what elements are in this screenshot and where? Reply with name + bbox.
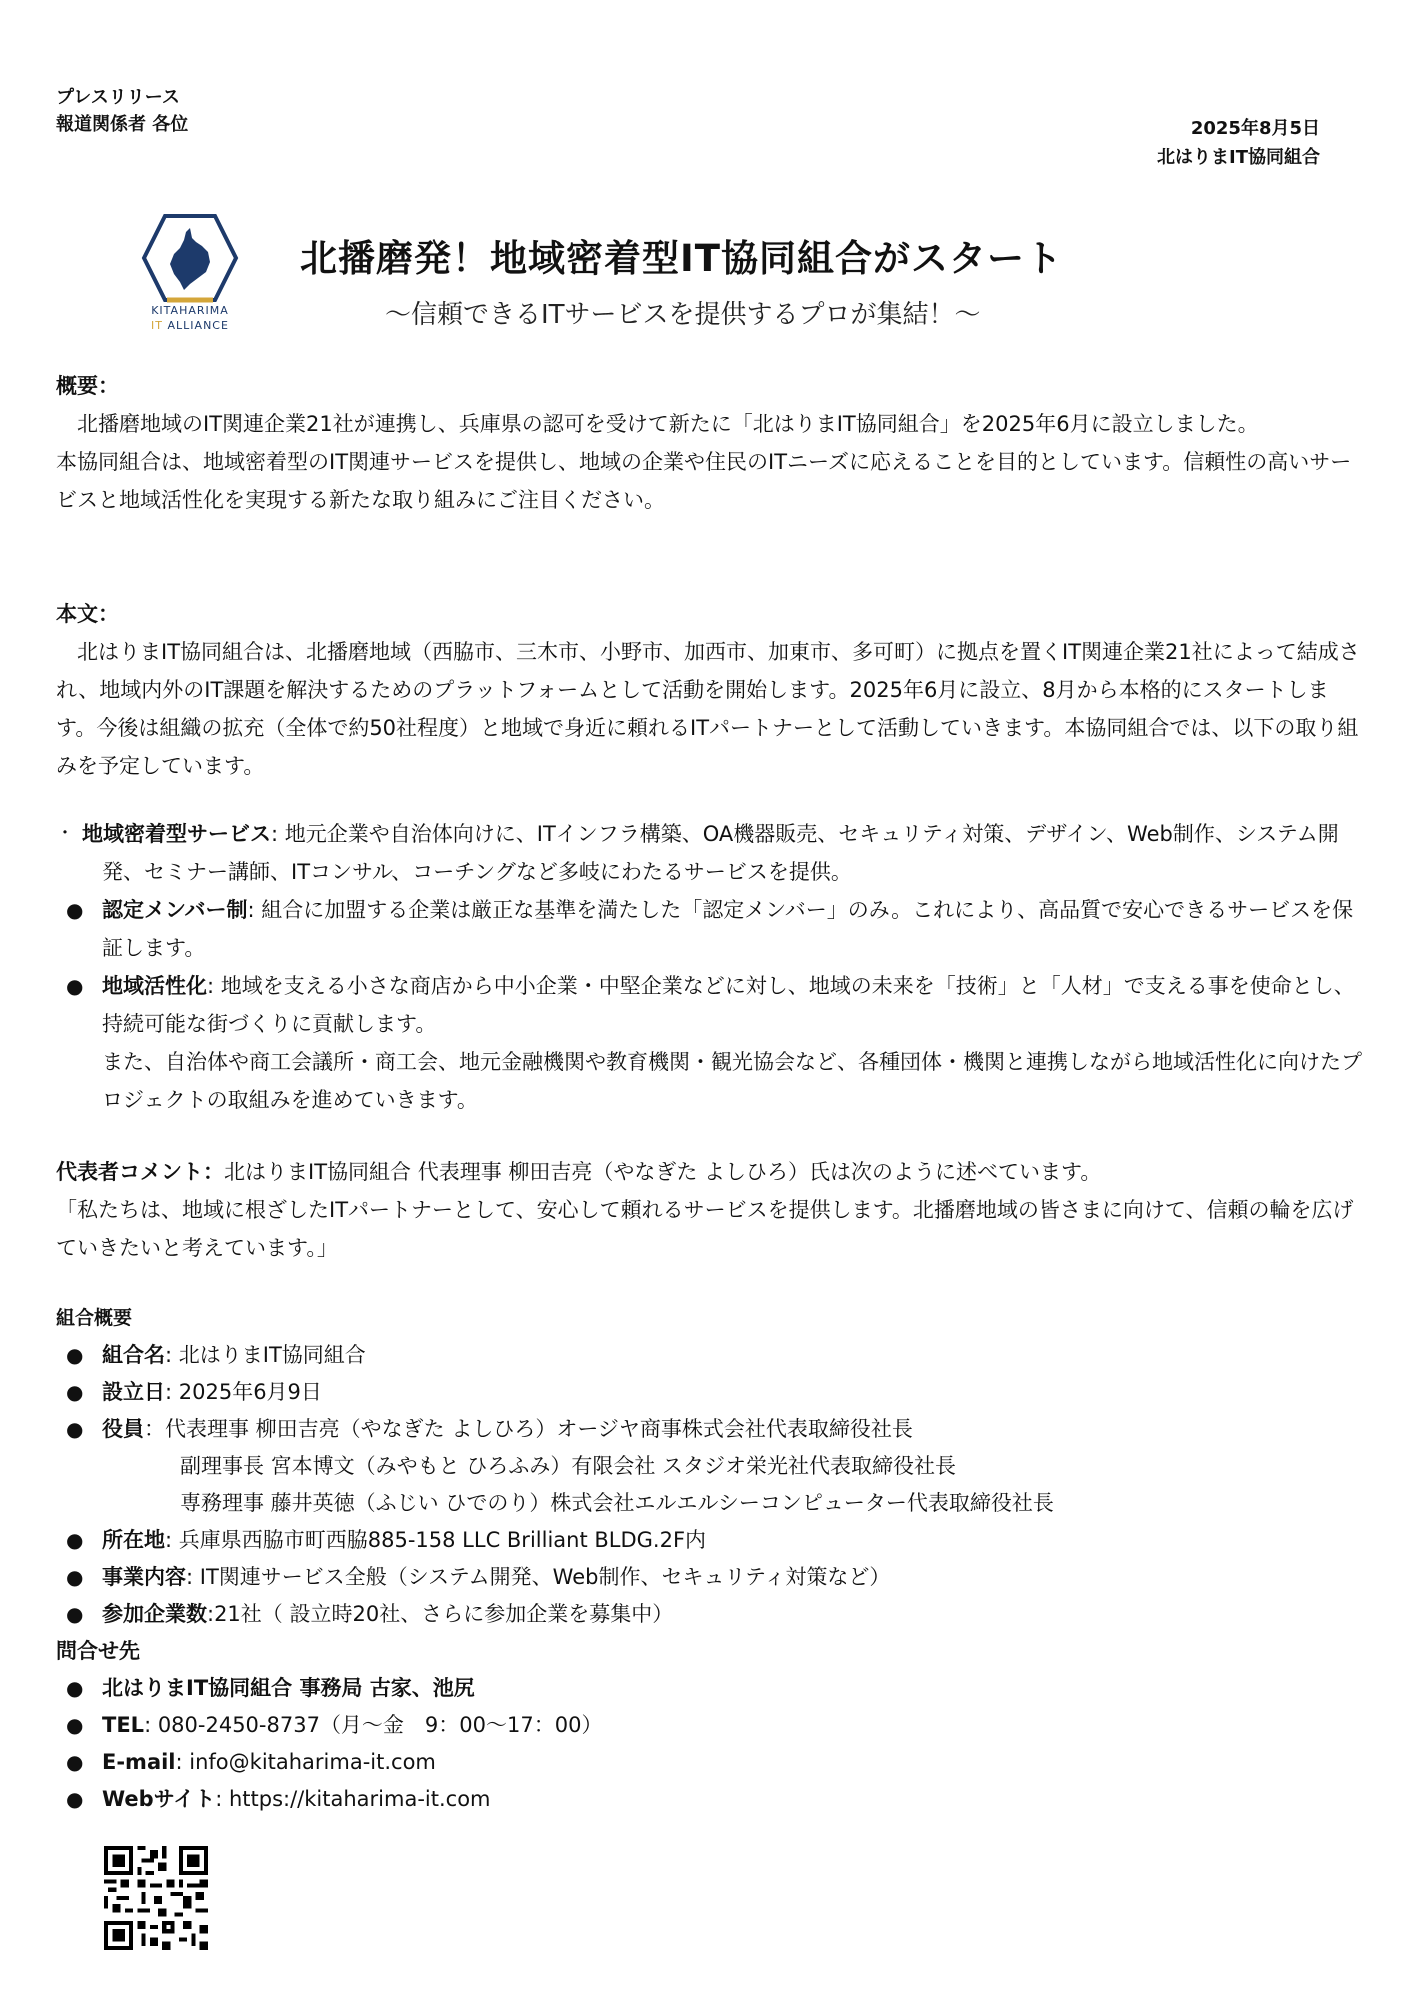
initiatives-list: ・ 地域密着型サービス: 地元企業や自治体向けに、ITインフラ構築、OA機器販売…: [56, 815, 1366, 1119]
bullet-icon: ●: [66, 1596, 83, 1633]
bullet-icon: ●: [66, 1781, 83, 1818]
email-link[interactable]: : info@kitaharima-it.com: [176, 1750, 436, 1774]
list-item-continuation: また、自治体や商工会議所・商工会、地元金融機関や教育機関・観光協会など、各種団体…: [102, 1043, 1366, 1119]
bullet-icon: ●: [66, 1411, 83, 1448]
profile-heading: 組合概要: [56, 1300, 1366, 1337]
list-item: ●Webサイト: https://kitaharima-it.com: [56, 1781, 1366, 1818]
profile-section: 組合概要 ●組合名: 北はりまIT協同組合 ●設立日: 2025年6月9日 ●役…: [56, 1300, 1366, 1818]
list-item: ●事業内容: IT関連サービス全般（システム開発、Web制作、セキュリティ対策な…: [56, 1559, 1366, 1596]
list-item: ●役員：代表理事 柳田吉亮（やなぎた よしひろ）オージヤ商事株式会社代表取締役社…: [56, 1411, 1366, 1522]
bullet-icon: ●: [66, 1744, 83, 1781]
main-section: 本文： 北はりまIT協同組合は、北播磨地域（西脇市、三木市、小野市、加西市、加東…: [56, 595, 1366, 785]
recipients: 報道関係者 各位: [56, 111, 188, 138]
qr-code-icon: [104, 1846, 208, 1950]
list-item: ●参加企業数:21社（ 設立時20社、さらに参加企業を募集中）: [56, 1596, 1366, 1633]
overview-para-1: 北播磨地域のIT関連企業21社が連携し、兵庫県の認可を受けて新たに「北はりまIT…: [56, 405, 1366, 443]
bullet-icon: ●: [66, 1559, 83, 1596]
bullet-icon: ●: [66, 1670, 83, 1707]
header-left: プレスリリース 報道関係者 各位: [56, 84, 188, 138]
page-subtitle: ～信頼できるITサービスを提供するプロが集結！～: [385, 294, 981, 331]
main-heading: 本文：: [56, 595, 1366, 633]
bullet-icon: ・: [56, 815, 74, 853]
comment-heading: 代表者コメント：: [56, 1160, 224, 1184]
comment-intro: 北はりまIT協同組合 代表理事 柳田吉亮（やなぎた よしひろ）氏は次のように述べ…: [224, 1160, 1101, 1184]
bullet-icon: ●: [66, 1337, 83, 1374]
officer-line: 副理事長 宮本博文（みやもと ひろふみ）有限会社 スタジオ栄光社代表取締役社長: [102, 1448, 1366, 1485]
list-item: ・ 地域密着型サービス: 地元企業や自治体向けに、ITインフラ構築、OA機器販売…: [56, 815, 1366, 891]
contact-heading: 問合せ先: [56, 1633, 1366, 1670]
comment-quote: 「私たちは、地域に根ざしたITパートナーとして、安心して頼れるサービスを提供しま…: [56, 1191, 1366, 1267]
bullet-icon: ●: [66, 1522, 83, 1559]
list-item: ●E-mail: info@kitaharima-it.com: [56, 1744, 1366, 1781]
list-item: ● 認定メンバー制: 組合に加盟する企業は厳正な基準を満たした「認定メンバー」の…: [56, 891, 1366, 967]
page-title: 北播磨発！地域密着型IT協同組合がスタート: [300, 228, 1063, 282]
header-right: 2025年8月5日 北はりまIT協同組合: [1157, 114, 1320, 172]
overview-para-2: 本協同組合は、地域密着型のIT関連サービスを提供し、地域の企業や住民のITニーズ…: [56, 443, 1366, 519]
bullet-icon: ●: [66, 1374, 83, 1411]
list-item: ●所在地: 兵庫県西脇市町西脇885-158 LLC Brilliant BLD…: [56, 1522, 1366, 1559]
list-item: ●北はりまIT協同組合 事務局 古家、池尻: [56, 1670, 1366, 1707]
bullet-icon: ●: [66, 1707, 83, 1744]
comment-section: 代表者コメント：北はりまIT協同組合 代表理事 柳田吉亮（やなぎた よしひろ）氏…: [56, 1153, 1366, 1267]
bullet-icon: ●: [66, 967, 83, 1005]
list-item: ●TEL: 080-2450-8737（月～金 9：00～17：00）: [56, 1707, 1366, 1744]
officer-line: 専務理事 藤井英徳（ふじい ひでのり）株式会社エルエルシーコンピューター代表取締…: [102, 1485, 1366, 1522]
release-date: 2025年8月5日: [1157, 114, 1320, 143]
contact-office: 北はりまIT協同組合 事務局 古家、池尻: [102, 1676, 475, 1700]
list-item: ●設立日: 2025年6月9日: [56, 1374, 1366, 1411]
overview-section: 概要： 北播磨地域のIT関連企業21社が連携し、兵庫県の認可を受けて新たに「北は…: [56, 367, 1366, 519]
list-item: ●組合名: 北はりまIT協同組合: [56, 1337, 1366, 1374]
logo-text: KITAHARIMA IT ALLIANCE: [134, 303, 246, 333]
overview-heading: 概要：: [56, 367, 1366, 405]
phone-number: : 080-2450-8737（月～金 9：00～17：00）: [144, 1713, 602, 1737]
doc-type: プレスリリース: [56, 84, 188, 111]
website-link[interactable]: : https://kitaharima-it.com: [215, 1787, 490, 1811]
list-item: ● 地域活性化: 地域を支える小さな商店から中小企業・中堅企業などに対し、地域の…: [56, 967, 1366, 1119]
issuer: 北はりまIT協同組合: [1157, 143, 1320, 172]
bullet-icon: ●: [66, 891, 83, 929]
main-paragraph: 北はりまIT協同組合は、北播磨地域（西脇市、三木市、小野市、加西市、加東市、多可…: [56, 633, 1366, 785]
